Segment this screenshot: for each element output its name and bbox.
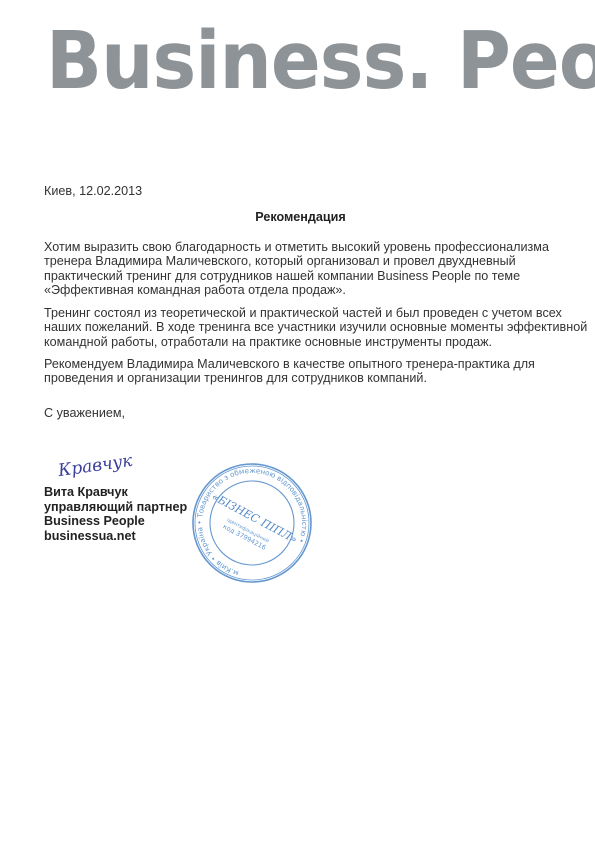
- company-website: businessua.net: [44, 529, 187, 544]
- paragraph-line: «Эффективная командная работа отдела про…: [44, 283, 549, 297]
- signer-name: Вита Кравчук: [44, 485, 187, 500]
- paragraph-2: Тренинг состоял из теоретической и практ…: [44, 306, 587, 349]
- closing: С уважением,: [44, 406, 125, 420]
- paragraph-line: наших пожеланий. В ходе тренинга все уча…: [44, 320, 587, 334]
- paragraph-line: Рекомендуем Владимира Маличевского в кач…: [44, 357, 535, 371]
- paragraph-line: Хотим выразить свою благодарность и отме…: [44, 240, 549, 254]
- paragraph-3: Рекомендуем Владимира Маличевского в кач…: [44, 357, 535, 386]
- paragraph-line: проведения и организации тренингов для с…: [44, 371, 535, 385]
- signature-block: Вита Кравчук управляющий партнер Busines…: [44, 485, 187, 543]
- company-logo: Business. People: [46, 22, 595, 101]
- paragraph-line: практический тренинг для сотрудников наш…: [44, 269, 549, 283]
- date-line: Киев, 12.02.2013: [44, 184, 142, 198]
- paragraph-line: тренера Владимира Маличевского, который …: [44, 254, 549, 268]
- signer-position: управляющий партнер: [44, 500, 187, 515]
- letter-title: Рекомендация: [0, 210, 595, 224]
- paragraph-line: Тренинг состоял из теоретической и практ…: [44, 306, 587, 320]
- paragraph-line: командной работы, отработали на практике…: [44, 335, 587, 349]
- handwritten-signature: Кравчук: [57, 451, 134, 481]
- signer-company: Business People: [44, 514, 187, 529]
- company-stamp-icon: м.Київ • Україна • Товариство з обмежено…: [190, 461, 314, 585]
- paragraph-1: Хотим выразить свою благодарность и отме…: [44, 240, 549, 298]
